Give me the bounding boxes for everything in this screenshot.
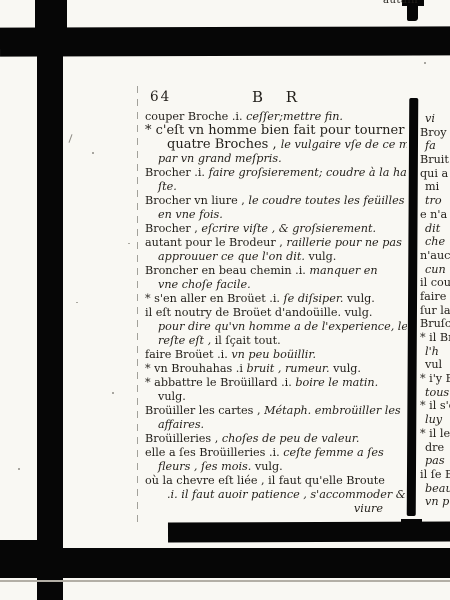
text-segment: faire Broüet .i. [145,348,231,361]
text-line: Broüiller les cartes , Métaph. embroüill… [145,404,407,418]
text-line: approuuer ce que l'on dit. vulg. [145,250,407,264]
fragment-line: beau [420,482,450,496]
text-segment: vulg. [158,390,186,403]
text-segment: Broüiller les cartes , [145,404,264,417]
text-segment: ſe diſsiper. [284,292,348,305]
page-header: 64 B R [145,88,407,110]
text-segment: vulg. [255,460,283,473]
adjacent-page-text-fragments: viBroyfaBruitqui amitroe n'aditchen'aucc… [420,112,450,509]
fragment-line: * il s'e [420,399,450,413]
fragment-line: fa [420,139,450,153]
text-segment: fleurs , ſes mois. [158,460,255,473]
fragment-line: luy [420,413,450,427]
dust-speck [76,302,78,303]
text-segment: vulg. [333,362,361,375]
fragment-line: mi [420,180,450,194]
fragment-line: dit [420,222,450,236]
text-segment: vn peu boüillir. [231,348,316,361]
text-segment: affaires. [158,418,204,431]
film-frame-left-bar [37,0,63,600]
text-segment: Broüilleries , [145,432,222,445]
text-segment: quatre Broches , [167,137,281,152]
film-registration-mark [401,519,422,534]
text-segment: elle a ſes Broüilleries .i. [145,446,283,459]
text-segment: où la chevre eſt liée , il faut qu'elle … [145,474,385,487]
film-frame-right-bar [407,98,419,516]
fragment-line: che [420,235,450,249]
text-line: où la chevre eſt liée , il faut qu'elle … [145,474,407,488]
text-block: couper Broche .i. ceſſer;mettre fin.* c'… [145,110,407,502]
text-line: Broüilleries , choſes de peu de valeur. [145,432,407,446]
fragment-line: il cou [420,276,450,290]
text-line: vulg. [145,390,407,404]
text-line: Broncher en beau chemin .i. manquer en [145,264,407,278]
fragment-line: cun [420,263,450,277]
film-frame-bottom-left-band [0,540,37,552]
fragment-line: ſur la [420,304,450,318]
text-segment: vulg. [347,292,375,305]
fragment-line: qui a [420,167,450,181]
text-segment: boire le matin. [295,376,378,389]
text-segment: le vulgaire vſe de ce mot, [281,138,407,151]
text-segment: couper Broche .i. [145,110,246,123]
text-line: * c'eſt vn homme bien fait pour tourner [145,124,407,138]
text-segment: vulg. [309,250,337,263]
fragment-line: n'auc [420,249,450,263]
fragment-line: vi [420,112,450,126]
text-segment: choſes de peu de valeur. [222,432,360,445]
fragment-line: tro [420,194,450,208]
text-line: couper Broche .i. ceſſer;mettre fin. [145,110,407,124]
text-line: vne choſe facile. [145,278,407,292]
text-line: * vn Brouhahas .i bruit , rumeur. vulg. [145,362,407,376]
text-segment: Brocher .i. [145,166,209,179]
fragment-line: vn p [420,495,450,509]
text-segment: il ſçait tout. [215,334,281,347]
text-segment: en vne fois. [158,208,223,221]
fragment-line: e n'a [420,208,450,222]
text-line: en vne fois. [145,208,407,222]
scanned-book-page: autain 64 B R couper Broche .i. ceſſer;m… [0,0,450,600]
text-segment: le coudre toutes les feüilles [248,194,404,207]
dust-speck [92,152,94,154]
fragment-line: tous [420,386,450,400]
text-line: faire Broüet .i. vn peu boüillir. [145,348,407,362]
text-segment: il eſt noutry de Broüet d'andoüille. vul… [145,306,372,319]
text-line: Brocher vn liure , le coudre toutes les … [145,194,407,208]
text-segment: vne choſe facile. [158,278,251,291]
text-segment: * abbattre le Broüillard .i. [145,376,295,389]
text-segment: .i. il faut auoir patience , s'accommode… [167,488,406,501]
fragment-line: dre [420,441,450,455]
text-line: .i. il faut auoir patience , s'accommode… [145,488,407,502]
text-segment: * s'en aller en Broüet .i. [145,292,284,305]
text-line: Brocher , eſcrire viſte , & groſsieremen… [145,222,407,236]
fragment-line: Broy [420,126,450,140]
text-segment: approuuer ce que l'on dit. [158,250,309,263]
fragment-line: l'h [420,345,450,359]
top-edge-clipped-word: autain [383,0,418,6]
text-line: fleurs , ſes mois. vulg. [145,460,407,474]
fragment-line: Bruſc [420,317,450,331]
page-fold-line [137,86,138,524]
text-segment: par vn grand meſpris. [158,152,282,165]
text-line: ſte. [145,180,407,194]
text-line: reſte eſt , il ſçait tout. [145,334,407,348]
text-segment: Brocher vn liure , [145,194,248,207]
running-head: B R [252,88,306,106]
text-line: autant pour le Brodeur , raillerie pour … [145,236,407,250]
film-frame-bottom-band [0,548,450,578]
text-segment: Métaph. embroüiller les [264,404,401,417]
catchword: viure [145,502,407,516]
dust-speck [424,62,426,64]
text-segment: * vn Brouhahas .i [145,362,246,375]
fragment-line: Bruit [420,153,450,167]
text-line: quatre Broches , le vulgaire vſe de ce m… [145,138,407,152]
text-line: * abbattre le Broüillard .i. boire le ma… [145,376,407,390]
fragment-line: * il le [420,427,450,441]
text-segment: manquer en [309,264,377,277]
fragment-line: pas [420,454,450,468]
text-segment: ceſſer;mettre fin. [246,110,343,123]
fragment-line: * il Br [420,331,450,345]
scratch-mark [68,134,72,143]
dust-speck [128,243,130,244]
fragment-line: il ſe B [420,468,450,482]
text-segment: eſcrire viſte , & groſsierement. [201,222,376,235]
dust-speck [18,468,20,470]
text-segment: faire groſsierement; coudre à la ha- [209,166,407,179]
text-line: par vn grand meſpris. [145,152,407,166]
text-line: pour dire qu'vn homme a de l'experience,… [145,320,407,334]
fragment-line: * i'y B [420,372,450,386]
text-segment: Broncher en beau chemin .i. [145,264,309,277]
text-line: il eſt noutry de Broüet d'andoüille. vul… [145,306,407,320]
text-segment: Brocher , [145,222,201,235]
text-segment: ſte. [158,180,177,193]
dust-speck [112,392,114,394]
film-frame-thin-line [0,580,450,582]
text-segment: bruit , rumeur. [246,362,333,375]
text-segment: ceſte femme a ſes [283,446,384,459]
page-number: 64 [150,89,171,105]
text-line: * s'en aller en Broüet .i. ſe diſsiper. … [145,292,407,306]
text-segment: reſte eſt , [158,334,215,347]
text-line: elle a ſes Broüilleries .i. ceſte femme … [145,446,407,460]
fragment-line: vul [420,358,450,372]
text-line: Brocher .i. faire groſsierement; coudre … [145,166,407,180]
text-segment: raillerie pour ne pas [286,236,401,249]
book-page: 64 B R couper Broche .i. ceſſer;mettre f… [145,88,407,516]
fragment-line: faire c [420,290,450,304]
text-segment: autant pour le Brodeur , [145,236,286,249]
film-frame-top-band [0,26,450,56]
text-line: affaires. [145,418,407,432]
text-segment: * c'eſt vn homme bien fait pour tourner [145,123,404,138]
text-segment: pour dire qu'vn homme a de l'experience,… [158,320,407,333]
